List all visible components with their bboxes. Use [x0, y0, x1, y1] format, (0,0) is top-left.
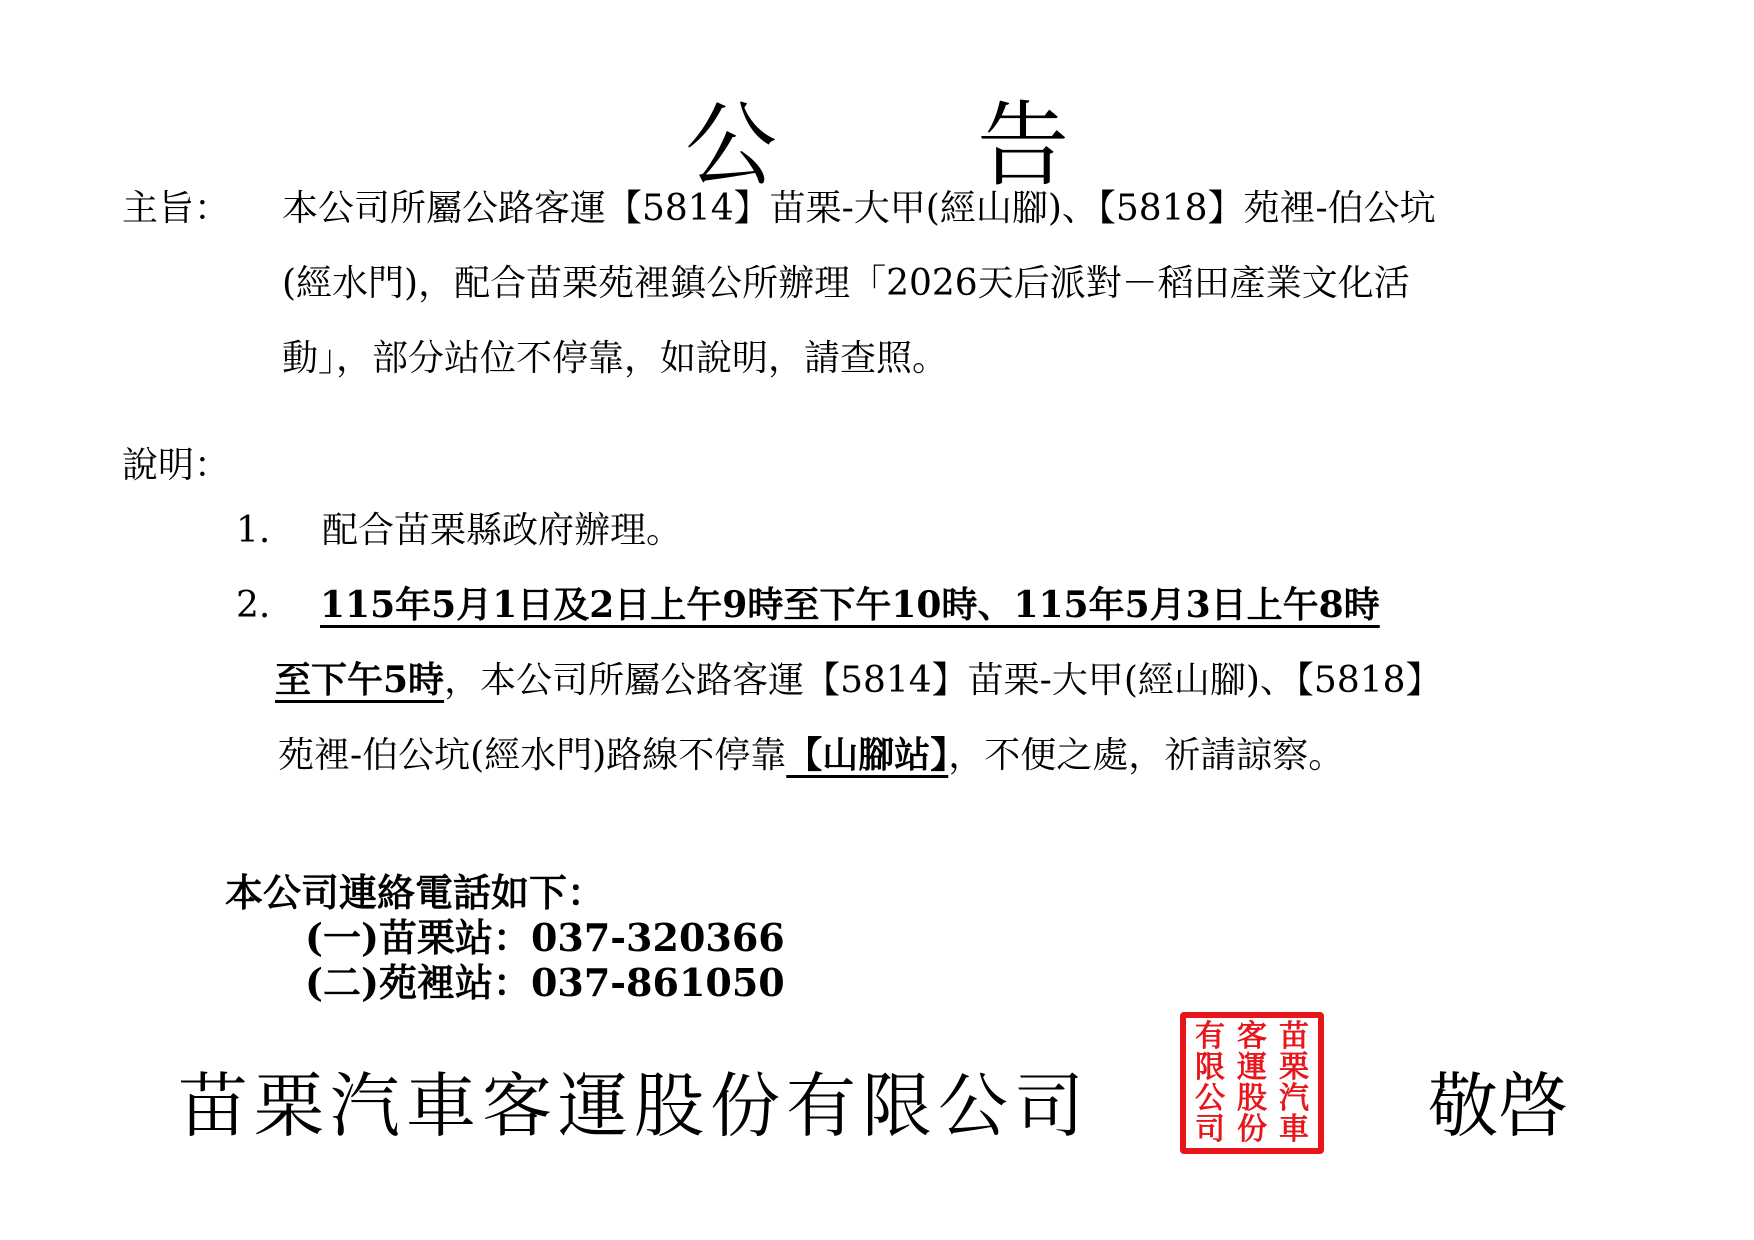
item-text: 配合苗栗縣政府辦理。: [322, 493, 682, 568]
item-emphasis-dates: 至下午5時: [275, 659, 444, 701]
contact-phone: 037-320366: [531, 915, 785, 960]
item-text: ，本公司所屬公路客運【5814】苗栗-大甲(經山腳)、【5818】: [444, 660, 1442, 701]
closing-salutation: 敬啓: [1428, 1050, 1568, 1151]
seal-char: 司: [1189, 1114, 1231, 1145]
contact-label: (一)苗栗站：: [305, 915, 531, 960]
company-seal: 有 客 苗 限 運 栗 公 股 汽 司 份 車: [1180, 1012, 1324, 1154]
seal-char: 股: [1231, 1083, 1273, 1114]
item-line: 苑裡-伯公坑(經水門)路線不停靠【山腳站】，不便之處，祈請諒察。: [278, 718, 1344, 793]
stop-name-emphasis: 【山腳站】: [786, 734, 948, 776]
seal-char: 有: [1189, 1021, 1231, 1052]
company-name: 苗栗汽車客運股份有限公司: [178, 1050, 1090, 1151]
seal-char: 栗: [1273, 1052, 1315, 1083]
subject-line: 動」，部分站位不停靠，如說明，請查照。: [282, 321, 1632, 396]
item-line: 至下午5時，本公司所屬公路客運【5814】苗栗-大甲(經山腳)、【5818】: [275, 643, 1442, 718]
seal-char: 公: [1189, 1083, 1231, 1114]
seal-char: 客: [1231, 1021, 1273, 1052]
contact-phone: 037-861050: [531, 960, 785, 1005]
contact-entry: (二)苑裡站：037-861050: [305, 960, 785, 1005]
seal-char: 車: [1273, 1114, 1315, 1145]
seal-char: 運: [1231, 1052, 1273, 1083]
contact-entry: (一)苗栗站：037-320366: [305, 915, 785, 960]
item-number: 2.: [236, 568, 270, 643]
contact-label: (二)苑裡站：: [305, 960, 531, 1005]
item-text: 苑裡-伯公坑(經水門)路線不停靠: [278, 735, 786, 776]
subject-line: (經水門)，配合苗栗苑裡鎮公所辦理「2026天后派對－稻田產業文化活: [282, 246, 1632, 321]
explanation-label: 說明：: [122, 428, 230, 503]
subject-line: 本公司所屬公路客運【5814】苗栗-大甲(經山腳)、【5818】苑裡-伯公坑: [282, 171, 1632, 246]
item-text: ，不便之處，祈請諒察。: [948, 735, 1344, 776]
seal-char: 份: [1231, 1114, 1273, 1145]
seal-char: 限: [1189, 1052, 1231, 1083]
seal-char: 汽: [1273, 1083, 1315, 1114]
item-number: 1.: [236, 493, 270, 568]
seal-char: 苗: [1273, 1021, 1315, 1052]
contact-heading: 本公司連絡電話如下：: [225, 870, 605, 915]
item-emphasis-dates: 115年5月1日及2日上午9時至下午10時、115年5月3日上午8時: [320, 568, 1380, 643]
subject-body: 本公司所屬公路客運【5814】苗栗-大甲(經山腳)、【5818】苑裡-伯公坑 (…: [282, 171, 1632, 396]
subject-label: 主旨：: [122, 171, 230, 246]
